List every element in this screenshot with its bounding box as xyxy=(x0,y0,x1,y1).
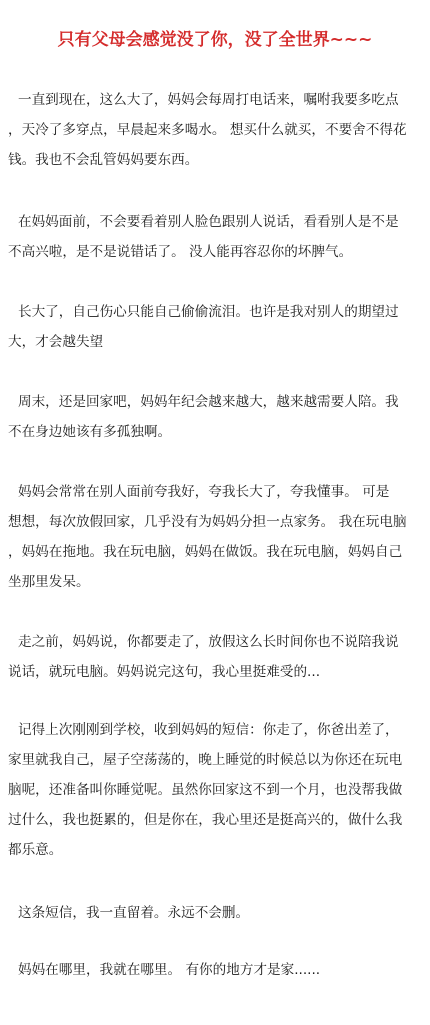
text-line: 妈妈会常常在别人面前夸我好，夸我长大了，夸我懂事。 可是 xyxy=(18,482,389,502)
text-line: ，天冷了多穿点，早晨起来多喝水。 想买什么就买，不要舍不得花 xyxy=(8,120,407,140)
text-line: 在妈妈面前，不会要看着别人脸色跟别人说话，看看别人是不是 xyxy=(18,212,399,232)
text-line: 一直到现在，这么大了，妈妈会每周打电话来，嘱咐我要多吃点 xyxy=(18,90,399,110)
text-line: 长大了，自己伤心只能自己偷偷流泪。也许是我对别人的期望过 xyxy=(18,302,399,322)
text-line: 坐那里发呆。 xyxy=(8,572,90,592)
text-line: 过什么，我也挺累的，但是你在，我心里还是挺高兴的，做什么我 xyxy=(8,810,402,830)
text-line: 钱。我也不会乱管妈妈要东西。 xyxy=(8,150,198,170)
text-line: 大，才会越失望 xyxy=(8,332,103,352)
text-line: 都乐意。 xyxy=(8,840,62,860)
text-line: 周末，还是回家吧，妈妈年纪会越来越大，越来越需要人陪。我 xyxy=(18,392,399,412)
page-title: 只有父母会感觉没了你，没了全世界~~~ xyxy=(0,29,430,51)
text-line: 脑呢，还准备叫你睡觉呢。虽然你回家这不到一个月，也没帮我做 xyxy=(8,780,402,800)
text-line: 妈妈在哪里，我就在哪里。 有你的地方才是家...... xyxy=(18,960,320,980)
text-line: ，妈妈在拖地。我在玩电脑，妈妈在做饭。我在玩电脑，妈妈自己 xyxy=(8,542,402,562)
text-line: 不高兴啦，是不是说错话了。 没人能再容忍你的坏脾气。 xyxy=(8,242,352,262)
text-line: 走之前，妈妈说，你都要走了，放假这么长时间你也不说陪我说 xyxy=(18,632,399,652)
text-line: 记得上次刚刚到学校，收到妈妈的短信：你走了，你爸出差了， xyxy=(18,720,399,740)
text-line: 说话，就玩电脑。妈妈说完这句，我心里挺难受的... xyxy=(8,662,320,682)
text-line: 不在身边她该有多孤独啊。 xyxy=(8,422,171,442)
text-line: 这条短信，我一直留着。永远不会删。 xyxy=(18,903,249,923)
text-line: 想想，每次放假回家，几乎没有为妈妈分担一点家务。 我在玩电脑 xyxy=(8,512,407,532)
text-line: 家里就我自己，屋子空荡荡的，晚上睡觉的时候总以为你还在玩电 xyxy=(8,750,402,770)
